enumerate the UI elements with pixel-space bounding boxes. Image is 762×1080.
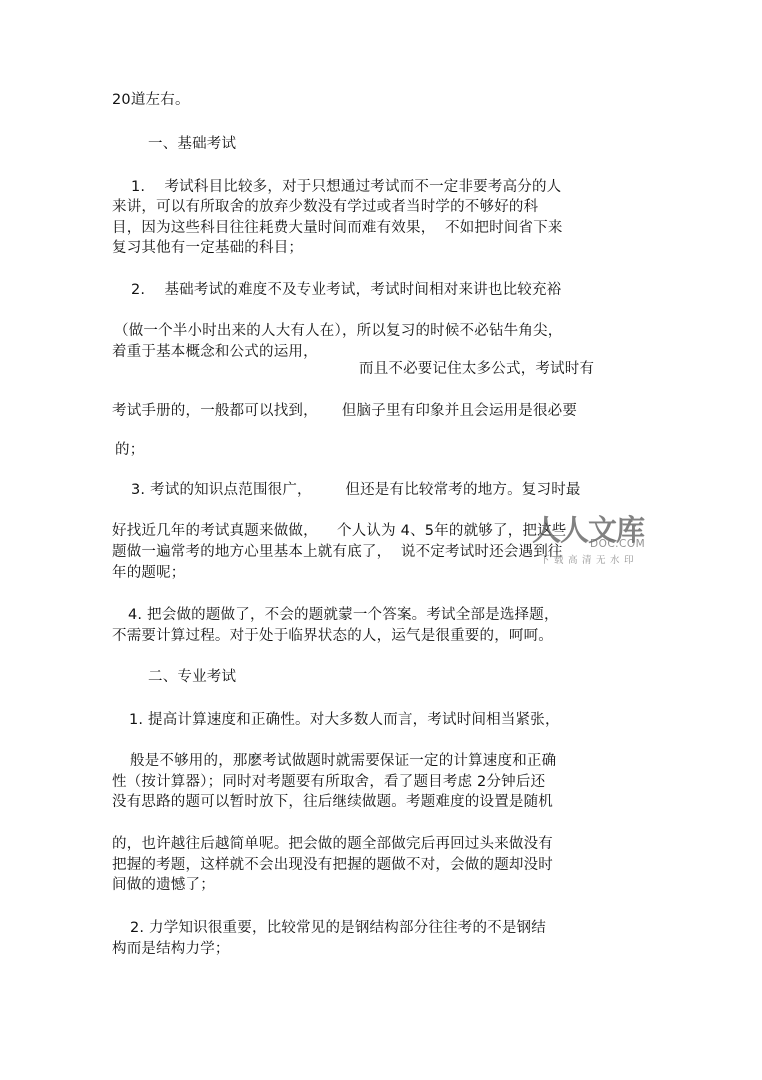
paragraph-line: 性（按计算器）；同时对考题要有所取舍，看了题目考虑 2分钟后还 (112, 772, 545, 792)
paragraph-line: 2. 基础考试的难度不及专业考试，考试时间相对来讲也比较充裕 (131, 280, 561, 300)
paragraph-line: 题做一遍常考的地方心里基本上就有底了， 说不定考试时还会遇到往 (112, 542, 563, 562)
paragraph-line: 般是不够用的，那麽考试做题时就需要保证一定的计算速度和正确 (130, 751, 556, 771)
paragraph-line: 把握的考题，这样就不会出现没有把握的题做不对，会做的题却没时 (112, 855, 553, 875)
paragraph-line: 2. 力学知识很重要，比较常见的是钢结构部分往往考的不是钢结 (130, 918, 546, 938)
paragraph-line: 目，因为这些科目往往耗费大量时间而难有效果， 不如把时间省下来 (112, 218, 563, 238)
paragraph-line: 构而是结构力学； (112, 939, 230, 959)
watermark-domain: DOC.COM (590, 538, 645, 550)
paragraph-line: 来讲，可以有所取舍的放弃少数没有学过或者当时学的不够好的科 (112, 197, 538, 217)
paragraph-line: 间做的遗憾了； (112, 875, 215, 895)
paragraph-line: 的，也许越往后越简单呢。把会做的题全部做完后再回过头来做没有 (112, 834, 553, 854)
paragraph-line: 1. 提高计算速度和正确性。对大多数人而言，考试时间相当紧张， (129, 710, 560, 730)
paragraph-line: 好找近几年的考试真题来做做， 个人认为 4、5年的就够了，把这些 (112, 521, 567, 541)
paragraph-line: 4. 把会做的题做了，不会的题就蒙一个答案。考试全部是选择题， (128, 605, 559, 625)
paragraph-line: 1. 考试科目比较多，对于只想通过考试而不一定非要考高分的人 (131, 177, 561, 197)
text-line-continuation: 20道左右。 (112, 90, 190, 110)
paragraph-line: 考试手册的，一般都可以找到， 但脑子里有印象并且会运用是很必要 (112, 401, 577, 421)
paragraph-line: 而且不必要记住太多公式，考试时有 (359, 359, 594, 379)
paragraph-line: 着重于基本概念和公式的运用， (112, 342, 318, 362)
paragraph-line: （做一个半小时出来的人大有人在），所以复习的时候不必钻牛角尖， (114, 321, 562, 341)
paragraph-line: 的； (115, 440, 144, 460)
paragraph-line: 复习其他有一定基础的科目； (112, 238, 303, 258)
paragraph-line: 不需要计算过程。对于处于临界状态的人，运气是很重要的，呵呵。 (112, 626, 553, 646)
paragraph-line: 没有思路的题可以暂时放下，往后继续做题。考题难度的设置是随机 (112, 792, 553, 812)
paragraph-line: 3. 考试的知识点范围很广， 但还是有比较常考的地方。复习时最 (131, 480, 581, 500)
section-heading-professional-exam: 二、专业考试 (148, 667, 236, 687)
section-heading-basic-exam: 一、基础考试 (148, 134, 236, 154)
paragraph-line: 年的题呢； (112, 563, 186, 583)
